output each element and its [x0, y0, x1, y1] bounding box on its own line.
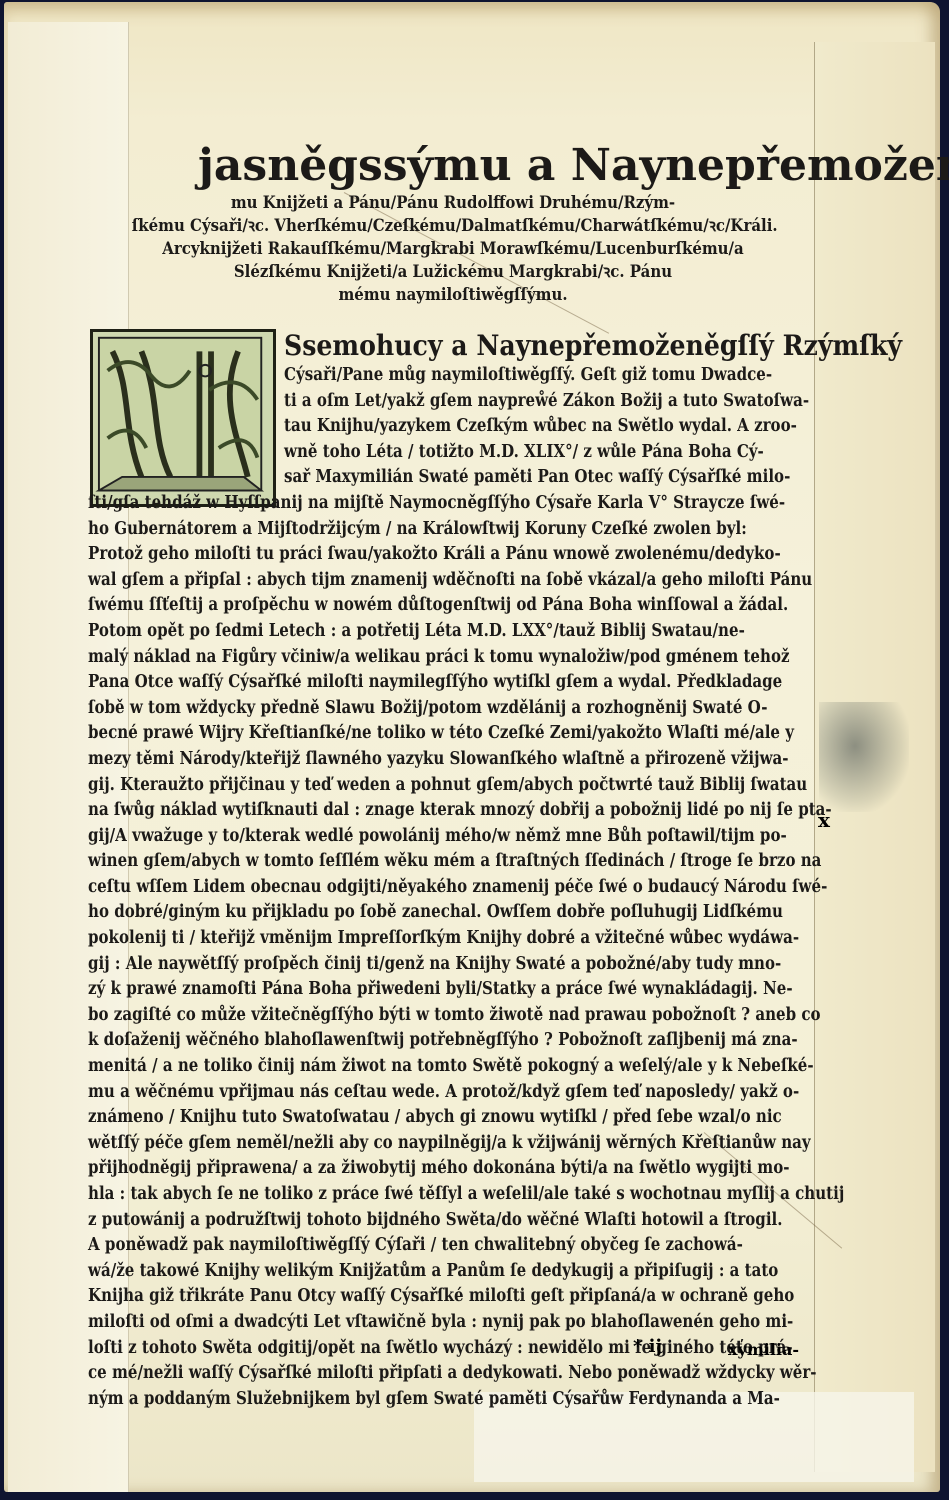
heading-title: jasněgssýmu a Naynepřemoženěg	[198, 140, 818, 192]
text-line: ſti/gſa tehdáž w Hyſſpanij na mijſtě Nay…	[88, 491, 716, 517]
text-line: hla : tak abych ſe ne toliko z práce ſwé…	[88, 1182, 716, 1208]
heading-line: mu Knijžeti a Pánu/Pánu Rudolffowi Druhé…	[132, 192, 774, 215]
text-line: ho dobré/giným ku přijkladu po ſobě zane…	[88, 900, 716, 926]
text-line: na ſwůg náklad wytiſknauti dal : znage k…	[88, 798, 716, 824]
catchword: xymilia-	[728, 1340, 799, 1359]
page-text: jasněgssýmu a Naynepřemoženěg mu Knijžet…	[88, 140, 818, 1412]
text-line: gij/A vwažuge y to/kterak wedlé powoláni…	[88, 824, 716, 850]
text-line: přijhodněgij připrawena/ a za žiwobytij …	[88, 1156, 716, 1182]
text-line: tau Knijhu/yazykem Czeſkým wůbec na Swět…	[284, 414, 743, 440]
marginal-mark: x	[818, 808, 830, 832]
text-line: Pana Otce waſſý Cýsařſké miloſti naymile…	[88, 670, 716, 696]
text-line: miloſti od oſmi a dwadcýti Let vſtawičně…	[88, 1310, 716, 1336]
text-line: winen gſem/abych w tomto ſeſſlém wěku mé…	[88, 849, 716, 875]
decorated-initial-w	[90, 329, 276, 507]
text-line: Potom opět po ſedmi Letech : a potřetij …	[88, 619, 716, 645]
text-line: A poněwadž pak naymiloſtiwěgſſý Cýſaři /…	[88, 1233, 716, 1259]
body-text: Ssemohucy a Naynepřemoženěgſſý Rzýmſký C…	[88, 329, 818, 1412]
text-line: ho Gubernátorem a Mijſtodržijcým / na Kr…	[88, 517, 716, 543]
text-line: sař Maxymilián Swaté paměti Pan Otec waſ…	[284, 465, 743, 491]
heading-line: ſkému Cýsaři/ꝛc. Vherſkému/Czeſkému/Dalm…	[132, 215, 774, 238]
text-line: gij : Ale naywětſſý proſpěch činij ti/ge…	[88, 952, 716, 978]
text-line: wně toho Léta / totižto M.D. XLIX°/ z wů…	[284, 440, 743, 466]
heading-line: mému naymiloſtiwěgſſýmu.	[132, 284, 774, 307]
text-line: wětſſý péče gſem neměl/nežli aby co nayp…	[88, 1131, 716, 1157]
text-line: zý k prawé znamoſti Pána Boha přiwedeni …	[88, 977, 716, 1003]
text-line: ti a oſm Let/yakž gſem naypreẘé Zákon Bo…	[284, 389, 743, 415]
signature-mark: * ij	[633, 1336, 662, 1357]
text-line: pokolenij ti / kteřijž vměnijm Impreſſor…	[88, 926, 716, 952]
text-line: mu a wěčnému vpřijmau nás ceſtau wede. A…	[88, 1080, 716, 1106]
text-line: z putowánij a podružſtwij tohoto bijdnéh…	[88, 1208, 716, 1234]
text-line: známeno / Knijhu tuto Swatoſwatau / abyc…	[88, 1105, 716, 1131]
text-line: wal gſem a připſal : abych tijm znamenij…	[88, 568, 716, 594]
text-line: ným a poddaným Služebnijkem byl gſem Swa…	[88, 1387, 716, 1413]
text-line: gij. Kteraužto přijčinau y teď weden a p…	[88, 773, 716, 799]
heading-line: Slézſkému Knijžeti/a Lužickému Margkrabi…	[132, 261, 774, 284]
text-line: ce mé/nežli waſſý Cýsařſké miloſti připſ…	[88, 1361, 716, 1387]
text-line: k doſaženij wěčného blahoſlawenſtwij pot…	[88, 1028, 716, 1054]
text-line: Knijha giž třikráte Panu Otcy waſſý Cýsa…	[88, 1284, 716, 1310]
text-line: becné prawé Wijry Křeſtianſké/ne toliko …	[88, 721, 716, 747]
water-stain	[819, 702, 909, 812]
text-line: Cýsaři/Pane můg naymiloſtiwěgſſý. Geſt g…	[284, 363, 743, 389]
text-line: ſobě w tom wždycky předně Slawu Božij/po…	[88, 696, 716, 722]
ornament-icon	[93, 332, 273, 504]
opening-line: Ssemohucy a Naynepřemoženěgſſý Rzýmſký	[284, 329, 765, 363]
text-line: mezy těmi Národy/kteřijž ſlawného yazyku…	[88, 747, 716, 773]
text-line: ceſtu wſſem Lidem obecnau odgijti/něyaké…	[88, 875, 716, 901]
text-line: ſwému ſſťeſtij a proſpěchu w nowém důſto…	[88, 593, 716, 619]
text-line: menitá / a ne toliko činij nám žiwot na …	[88, 1054, 716, 1080]
text-line: malý náklad na Figůry včiniw/a welikau p…	[88, 645, 716, 671]
text-line: wá/že takowé Knijhy welikým Knijžatům a …	[88, 1259, 716, 1285]
text-line: loſti z tohoto Swěta odgitij/opět na ſwě…	[88, 1336, 716, 1362]
heading-line: Arcyknijžeti Rakauſſkému/Margkrabi Moraw…	[132, 238, 774, 261]
text-line: bo zagiſté co může vžitečněgſſýho býti w…	[88, 1003, 716, 1029]
text-line: Protož geho miloſti tu práci ſwau/yakožt…	[88, 542, 716, 568]
